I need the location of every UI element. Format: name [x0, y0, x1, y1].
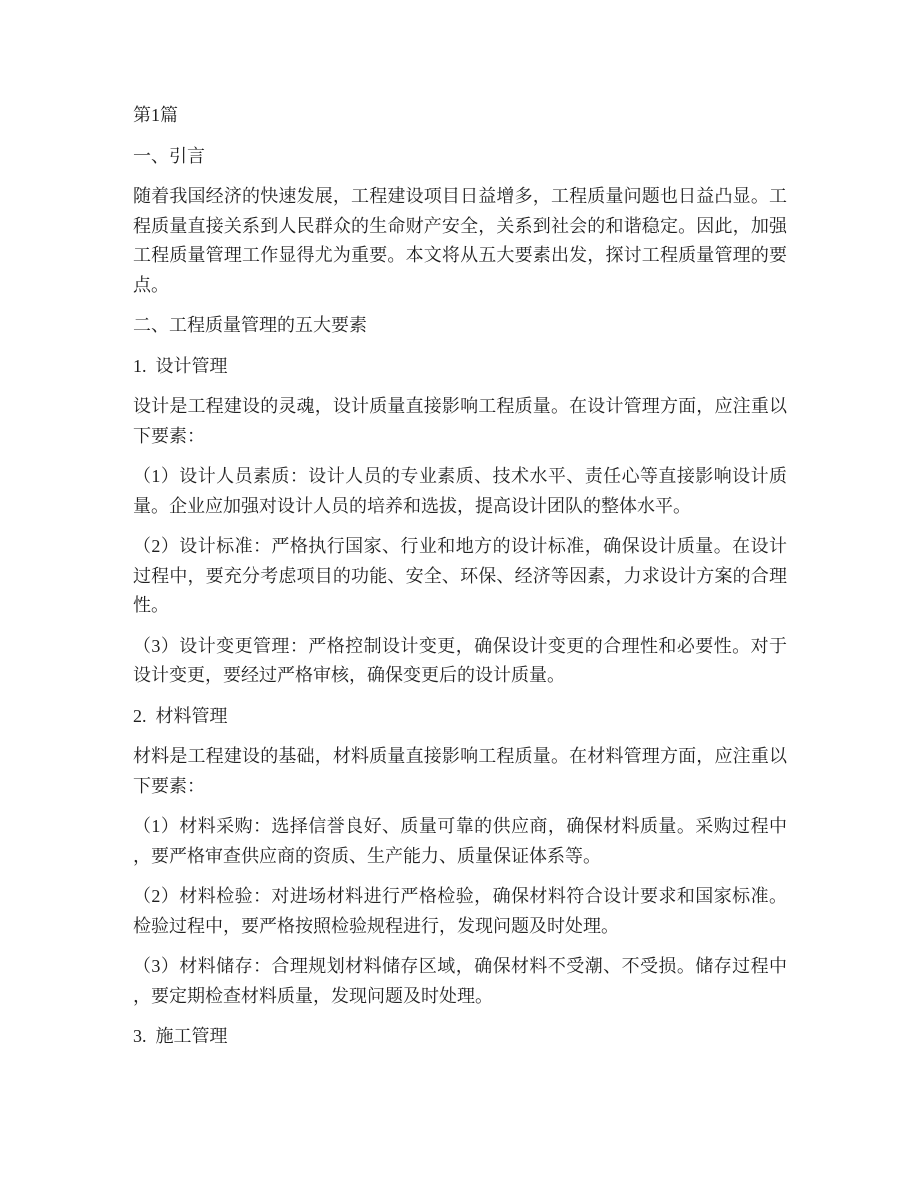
paragraph-material-procurement: （1）材料采购：选择信誉良好、质量可靠的供应商，确保材料质量。采购过程中，要严格… — [133, 812, 787, 871]
paragraph-design-personnel: （1）设计人员素质：设计人员的专业素质、技术水平、责任心等直接影响设计质量。企业… — [133, 462, 787, 521]
paragraph-design-standards: （2）设计标准：严格执行国家、行业和地方的设计标准，确保设计质量。在设计过程中，… — [133, 532, 787, 621]
subsection-heading-design-management: 1. 设计管理 — [133, 352, 787, 382]
part-heading: 第1篇 — [133, 101, 787, 131]
paragraph-design-overview: 设计是工程建设的灵魂，设计质量直接影响工程质量。在设计管理方面，应注重以下要素： — [133, 392, 787, 451]
subsection-heading-construction-management: 3. 施工管理 — [133, 1022, 787, 1052]
section-heading-five-elements: 二、工程质量管理的五大要素 — [133, 311, 787, 341]
document-page: 第1篇 一、引言 随着我国经济的快速发展，工程建设项目日益增多，工程质量问题也日… — [0, 0, 920, 1191]
paragraph-material-storage: （3）材料储存：合理规划材料储存区域，确保材料不受潮、不受损。储存过程中，要定期… — [133, 952, 787, 1011]
section-heading-introduction: 一、引言 — [133, 142, 787, 172]
paragraph-design-changes: （3）设计变更管理：严格控制设计变更，确保设计变更的合理性和必要性。对于设计变更… — [133, 632, 787, 691]
paragraph-material-inspection: （2）材料检验：对进场材料进行严格检验，确保材料符合设计要求和国家标准。检验过程… — [133, 882, 787, 941]
paragraph-material-overview: 材料是工程建设的基础，材料质量直接影响工程质量。在材料管理方面，应注重以下要素： — [133, 742, 787, 801]
subsection-heading-material-management: 2. 材料管理 — [133, 702, 787, 732]
paragraph-introduction: 随着我国经济的快速发展，工程建设项目日益增多，工程质量问题也日益凸显。工程质量直… — [133, 182, 787, 300]
